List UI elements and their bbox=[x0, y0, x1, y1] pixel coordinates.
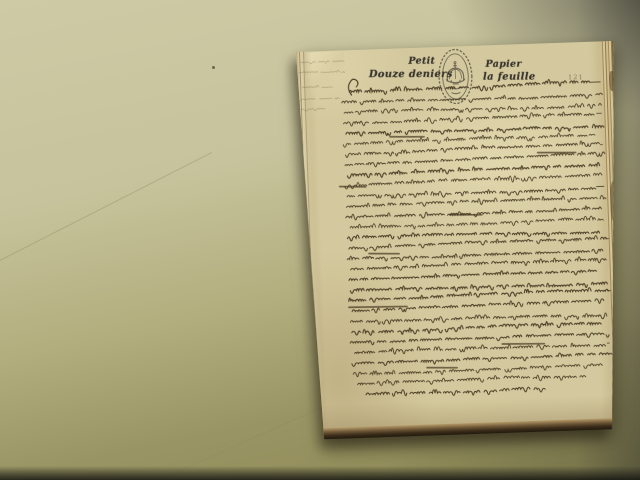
photo-bottom-shadow bbox=[0, 466, 640, 480]
manuscript-stack: Petit Papier Douze deniers la feuille 12… bbox=[296, 41, 627, 440]
archive-photo-of-manuscript: Petit Papier Douze deniers la feuille 12… bbox=[0, 0, 640, 480]
handwriting-svg bbox=[296, 41, 627, 440]
page-edge-wear bbox=[615, 329, 625, 383]
table-speck bbox=[212, 66, 215, 69]
manuscript-page: Petit Papier Douze deniers la feuille 12… bbox=[296, 41, 627, 440]
